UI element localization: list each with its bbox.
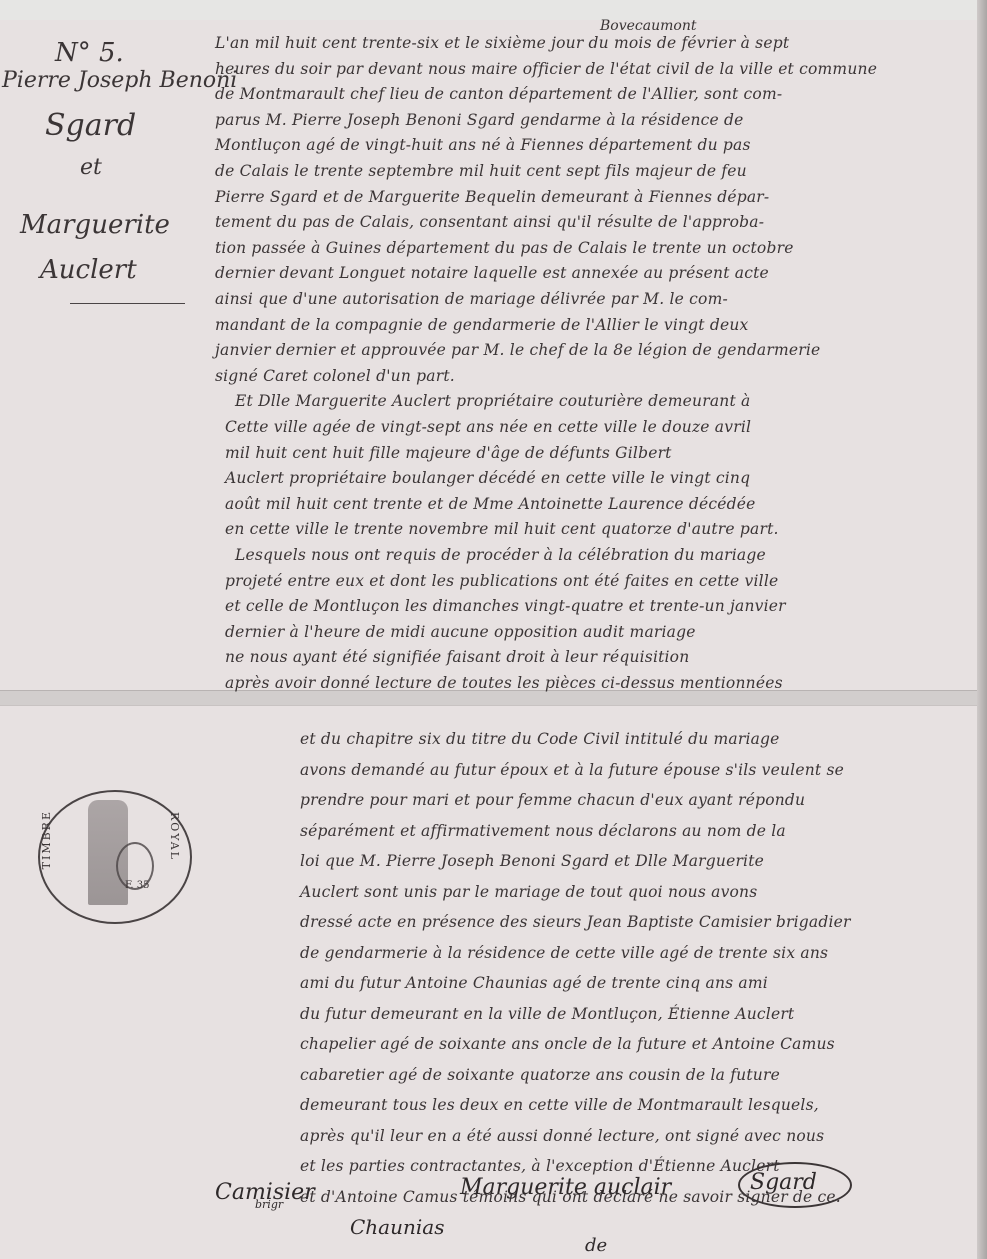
handwritten-line: après avoir donné lecture de toutes les …	[225, 674, 783, 692]
handwritten-line: Et Dlle Marguerite Auclert propriétaire …	[235, 392, 750, 410]
signature-officer-partial: de	[585, 1235, 607, 1256]
handwritten-line: dernier devant Longuet notaire laquelle …	[215, 264, 769, 282]
handwritten-line: ne nous ayant été signifiée faisant droi…	[225, 648, 689, 666]
handwritten-line: heures du soir par devant nous maire off…	[215, 60, 877, 78]
handwritten-line: dressé acte en présence des sieurs Jean …	[300, 913, 851, 931]
scan-top-strip	[0, 0, 987, 20]
stamp-left-text: TIMBRE	[40, 810, 53, 869]
handwritten-line: après qu'il leur en a été aussi donné le…	[300, 1127, 824, 1145]
page-fold	[0, 690, 987, 706]
handwritten-line: Cette ville agée de vingt-sept ans née e…	[225, 418, 751, 436]
signature-witness-camisier-title: brigr	[255, 1198, 283, 1211]
handwritten-line: en cette ville le trente novembre mil hu…	[225, 520, 779, 538]
handwritten-line: avons demandé au futur époux et à la fut…	[300, 761, 844, 779]
handwritten-line: cabaretier agé de soixante quatorze ans …	[300, 1066, 780, 1084]
handwritten-line: prendre pour mari et pour femme chacun d…	[300, 791, 805, 809]
handwritten-line: chapelier agé de soixante ans oncle de l…	[300, 1035, 835, 1053]
stamp-price: F. 35	[125, 880, 149, 891]
margin-conjunction: et	[80, 155, 102, 180]
handwritten-line: de gendarmerie à la résidence de cette v…	[300, 944, 828, 962]
act-number: N° 5.	[55, 38, 124, 68]
handwritten-line: loi que M. Pierre Joseph Benoni Sgard et…	[300, 852, 764, 870]
handwritten-line: L'an mil huit cent trente-six et le sixi…	[215, 34, 789, 52]
handwritten-line: ami du futur Antoine Chaunias agé de tre…	[300, 974, 768, 992]
handwritten-line: signé Caret colonel d'un part.	[215, 367, 455, 385]
handwritten-line: et celle de Montluçon les dimanches ving…	[225, 597, 786, 615]
handwritten-line: parus M. Pierre Joseph Benoni Sgard gend…	[215, 111, 744, 129]
signature-groom: Sgard	[750, 1170, 817, 1195]
handwritten-line: tion passée à Guines département du pas …	[215, 239, 794, 257]
handwritten-line: et les parties contractantes, à l'except…	[300, 1157, 780, 1175]
handwritten-line: ainsi que d'une autorisation de mariage …	[215, 290, 728, 308]
handwritten-line: Pierre Sgard et de Marguerite Bequelin d…	[215, 188, 769, 206]
margin-bride-name: Marguerite	[20, 210, 170, 240]
handwritten-line: Auclert sont unis par le mariage de tout…	[300, 883, 757, 901]
handwritten-line: demeurant tous les deux en cette ville d…	[300, 1096, 819, 1114]
margin-bride-surname: Auclert	[40, 255, 137, 285]
handwritten-line: août mil huit cent trente et de Mme Anto…	[225, 495, 756, 513]
handwritten-line: séparément et affirmativement nous décla…	[300, 822, 786, 840]
signature-bride: Marguerite auclair	[460, 1175, 671, 1200]
margin-groom-name: Pierre Joseph Benoni	[2, 68, 237, 93]
handwritten-line: mil huit cent huit fille majeure d'âge d…	[225, 444, 672, 462]
top-annotation: Bovecaumont	[600, 18, 696, 34]
handwritten-line: de Calais le trente septembre mil huit c…	[215, 162, 747, 180]
handwritten-line: et du chapitre six du titre du Code Civi…	[300, 730, 780, 748]
handwritten-line: janvier dernier et approuvée par M. le c…	[215, 341, 820, 359]
handwritten-line: mandant de la compagnie de gendarmerie d…	[215, 316, 748, 334]
handwritten-line: tement du pas de Calais, consentant ains…	[215, 213, 764, 231]
margin-groom-surname: Sgard	[45, 108, 136, 143]
signature-witness-chaunias: Chaunias	[350, 1215, 444, 1239]
handwritten-line: de Montmarault chef lieu de canton dépar…	[215, 85, 782, 103]
scan-right-edge	[977, 0, 987, 1259]
margin-rule	[70, 303, 185, 304]
handwritten-line: dernier à l'heure de midi aucune opposit…	[225, 623, 696, 641]
handwritten-line: Lesquels nous ont requis de procéder à l…	[235, 546, 766, 564]
handwritten-line: du futur demeurant en la ville de Montlu…	[300, 1005, 794, 1023]
stamp-right-text: ROYAL	[168, 812, 181, 861]
handwritten-line: Auclert propriétaire boulanger décédé en…	[225, 469, 750, 487]
handwritten-line: projeté entre eux et dont les publicatio…	[225, 572, 778, 590]
handwritten-line: Montluçon agé de vingt-huit ans né à Fie…	[215, 136, 751, 154]
